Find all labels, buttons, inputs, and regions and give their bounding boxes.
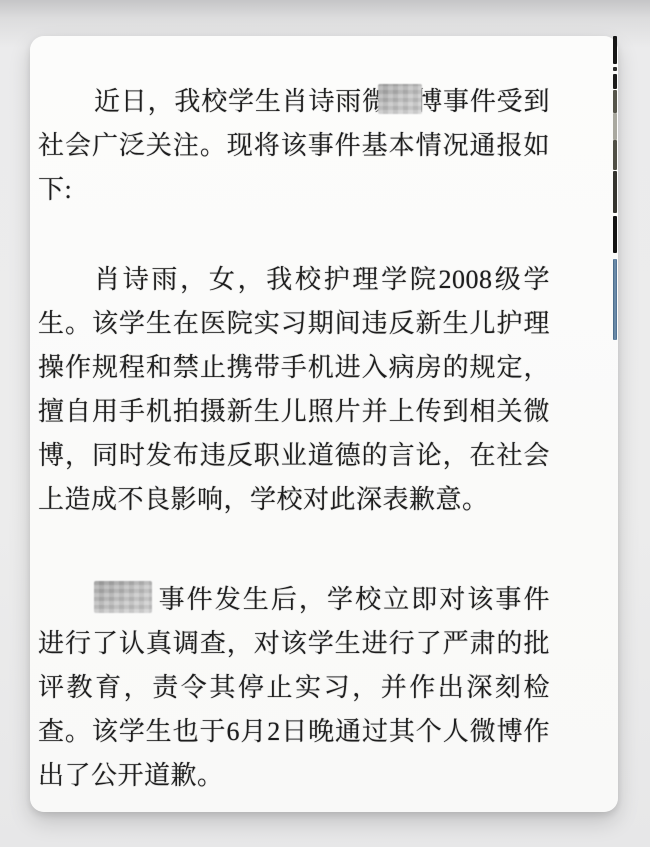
censored-text-box	[94, 581, 152, 613]
page-edge-artifact	[613, 67, 617, 71]
page-edge-artifact	[613, 140, 617, 170]
page-edge-artifact	[613, 74, 617, 89]
page-background: { "colors": { "bg_top": "#c5c5c7", "bg_m…	[0, 0, 650, 847]
page-edge-artifact	[613, 90, 617, 113]
page-edge-artifact	[613, 171, 617, 213]
page-edge-artifact	[613, 216, 617, 253]
text-run: 近日，我校学生肖诗雨微	[94, 87, 389, 116]
document-card: 近日，我校学生肖诗雨微博事件受到社会广泛关注。现将该事件基本情况通报如下:肖诗雨…	[30, 36, 618, 812]
text-run: 事件发生后，学校立即对该事件进行了认真调查，对该学生进行了严肃的批评教育，责令其…	[38, 585, 550, 790]
document-body: 近日，我校学生肖诗雨微博事件受到社会广泛关注。现将该事件基本情况通报如下:肖诗雨…	[38, 80, 550, 798]
paragraph: 肖诗雨，女，我校护理学院2008级学生。该学生在医院实习期间违反新生儿护理操作规…	[38, 258, 550, 522]
paragraph: 近日，我校学生肖诗雨微博事件受到社会广泛关注。现将该事件基本情况通报如下:	[38, 80, 550, 212]
censored-text-box	[378, 84, 422, 114]
page-edge-artifacts	[613, 0, 618, 847]
page-edge-artifact	[613, 113, 617, 140]
paragraph: 事件发生后，学校立即对该事件进行了认真调查，对该学生进行了严肃的批评教育，责令其…	[38, 578, 550, 798]
page-edge-artifact	[613, 36, 617, 64]
page-edge-artifact-blue	[613, 259, 617, 340]
text-run: 肖诗雨，女，我校护理学院2008级学生。该学生在医院实习期间违反新生儿护理操作规…	[38, 265, 550, 514]
